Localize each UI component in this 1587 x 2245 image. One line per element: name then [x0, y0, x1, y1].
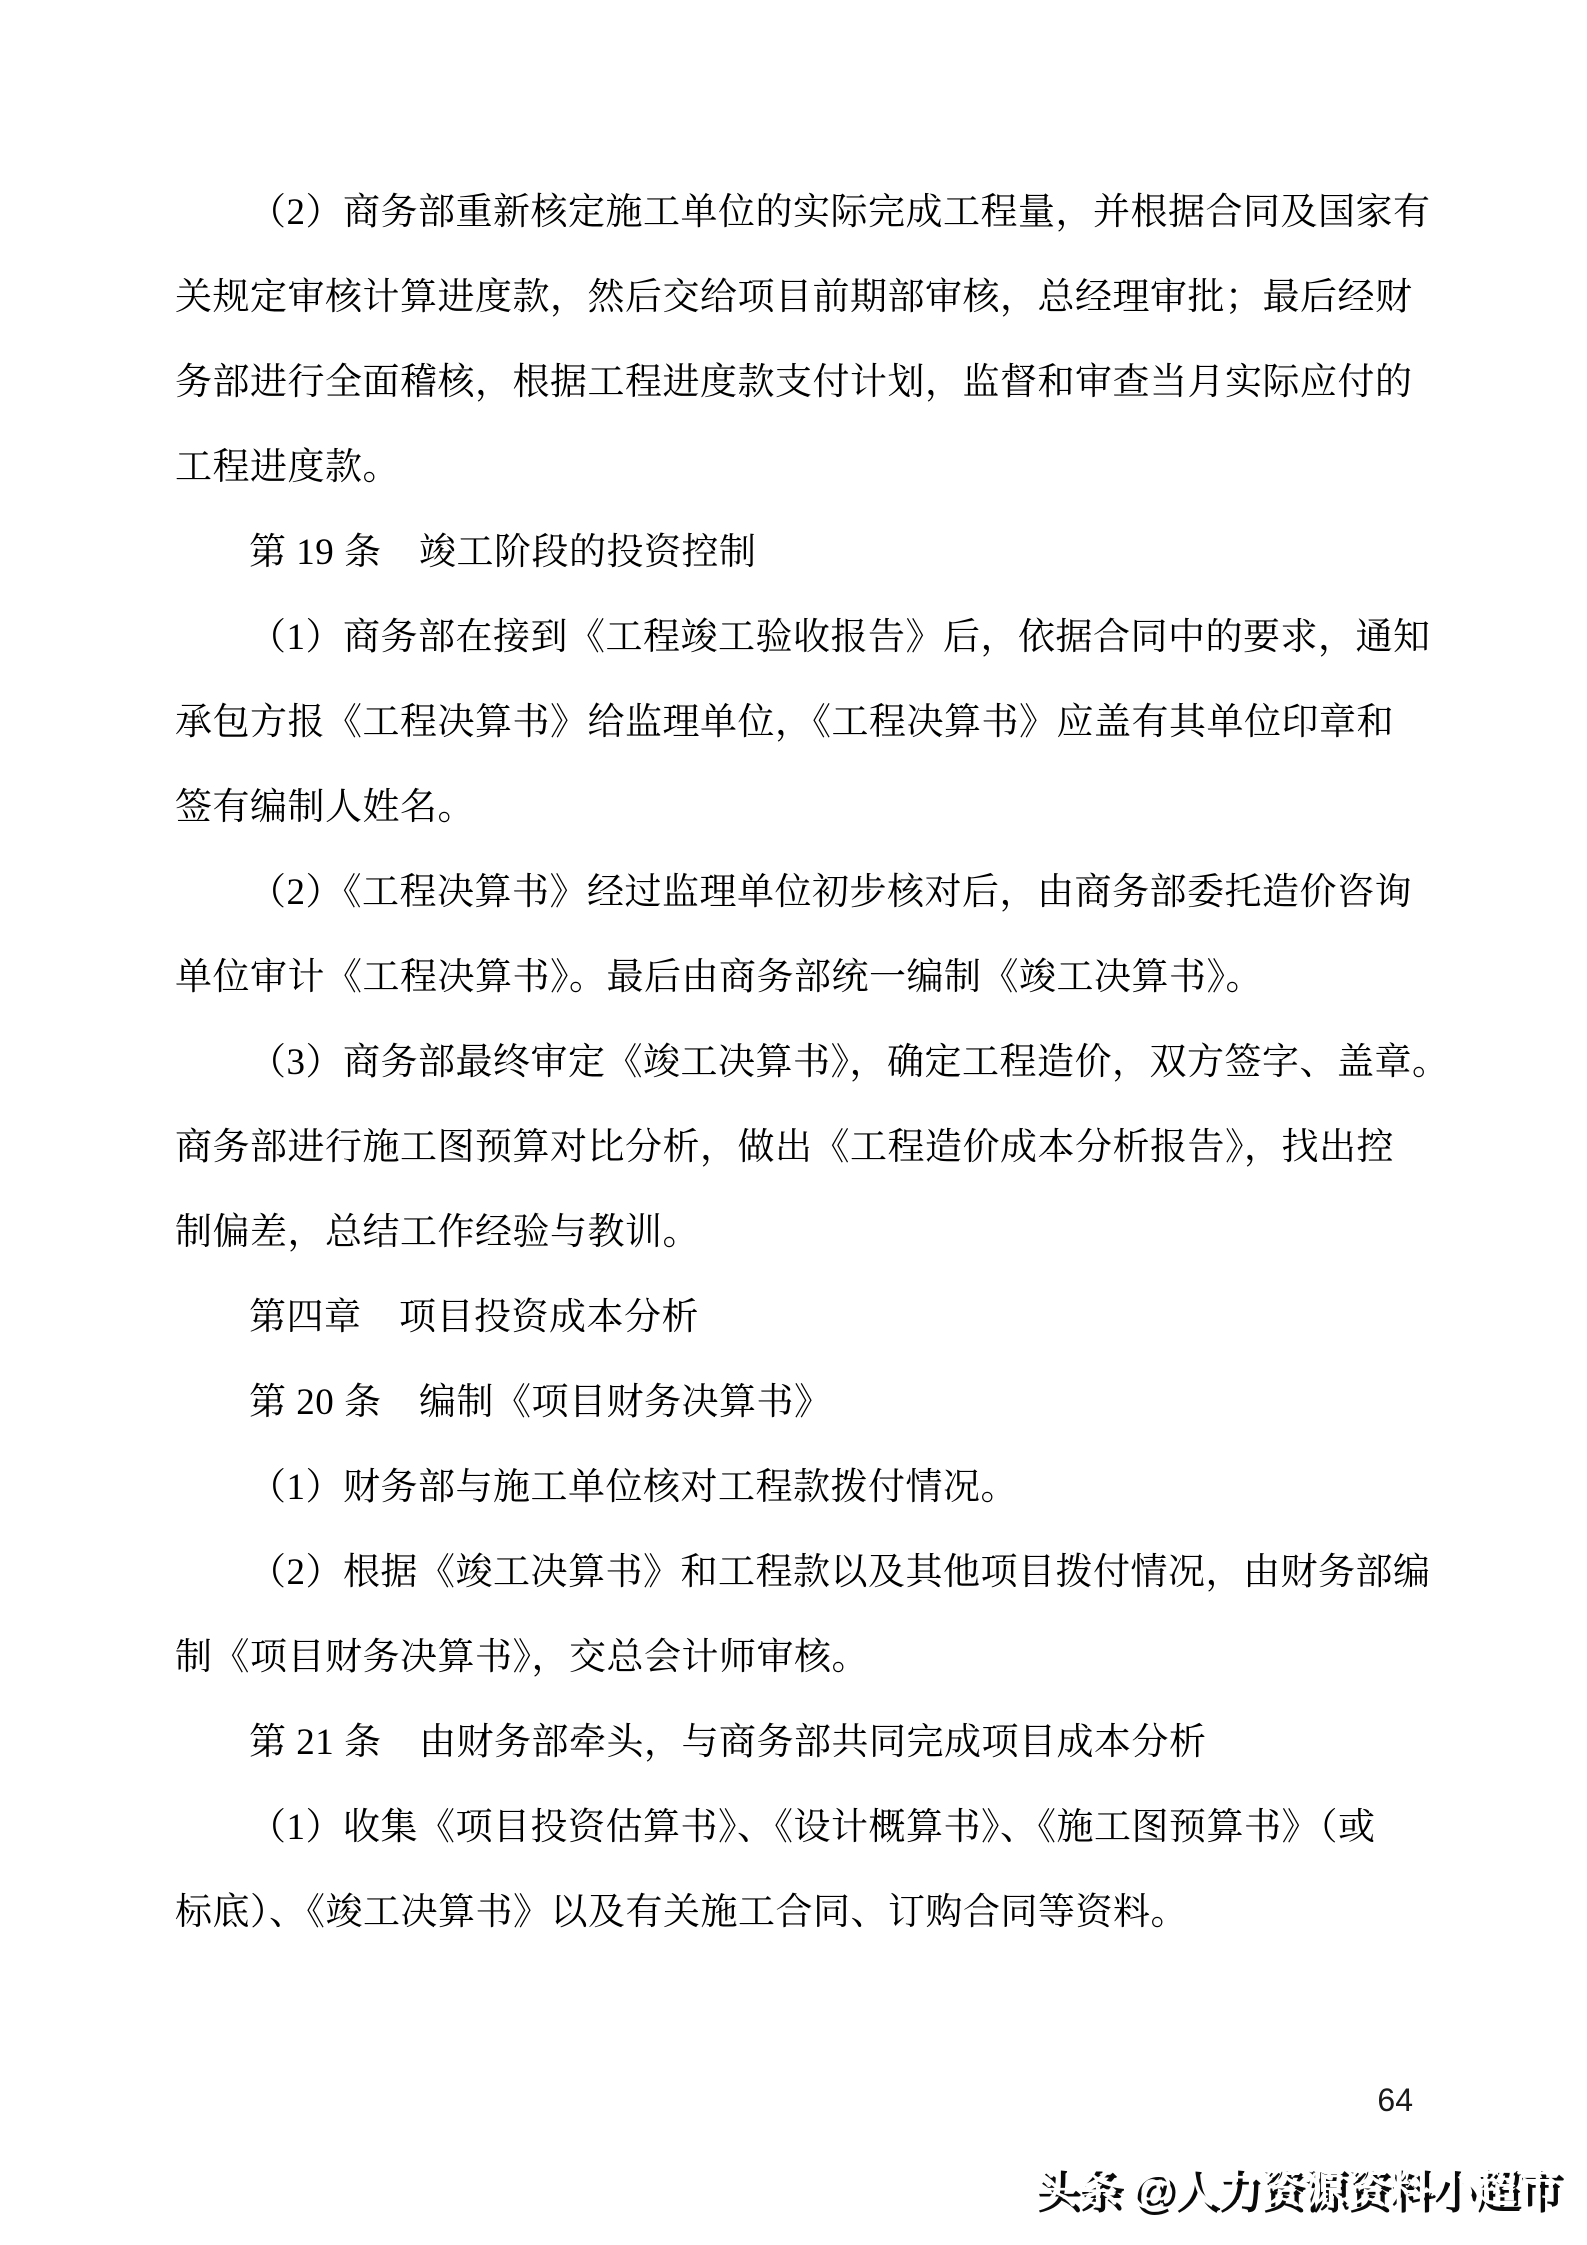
body-paragraph: （3）商务部最终审定《竣工决算书》，确定工程造价，双方签字、盖章。 商务部进行施…	[175, 1020, 1467, 1275]
document-body: （2）商务部重新核定施工单位的实际完成工程量，并根据合同及国家有 关规定审核计算…	[175, 170, 1467, 1955]
body-paragraph: （1）收集《项目投资估算书》、《设计概算书》、《施工图预算书》（或 标底）、《竣…	[175, 1785, 1467, 1955]
clause-heading: 第 19 条 竣工阶段的投资控制	[175, 510, 1467, 595]
body-paragraph: （2）根据《竣工决算书》和工程款以及其他项目拨付情况，由财务部编 制《项目财务决…	[175, 1530, 1467, 1700]
body-paragraph: （1）财务部与施工单位核对工程款拨付情况。	[175, 1445, 1467, 1530]
body-paragraph: （2）《工程决算书》经过监理单位初步核对后，由商务部委托造价咨询 单位审计《工程…	[175, 850, 1467, 1020]
clause-heading: 第 21 条 由财务部牵头，与商务部共同完成项目成本分析	[175, 1700, 1467, 1785]
watermark-text: 头条 @人力资源资料小超市	[1033, 2164, 1559, 2212]
chapter-heading: 第四章 项目投资成本分析	[175, 1275, 1467, 1360]
document-page: （2）商务部重新核定施工单位的实际完成工程量，并根据合同及国家有 关规定审核计算…	[0, 0, 1587, 2245]
clause-heading: 第 20 条 编制《项目财务决算书》	[175, 1360, 1467, 1445]
body-paragraph: （1）商务部在接到《工程竣工验收报告》后，依据合同中的要求，通知 承包方报《工程…	[175, 595, 1467, 850]
page-number: 64	[1377, 2084, 1413, 2116]
body-paragraph: （2）商务部重新核定施工单位的实际完成工程量，并根据合同及国家有 关规定审核计算…	[175, 170, 1467, 510]
